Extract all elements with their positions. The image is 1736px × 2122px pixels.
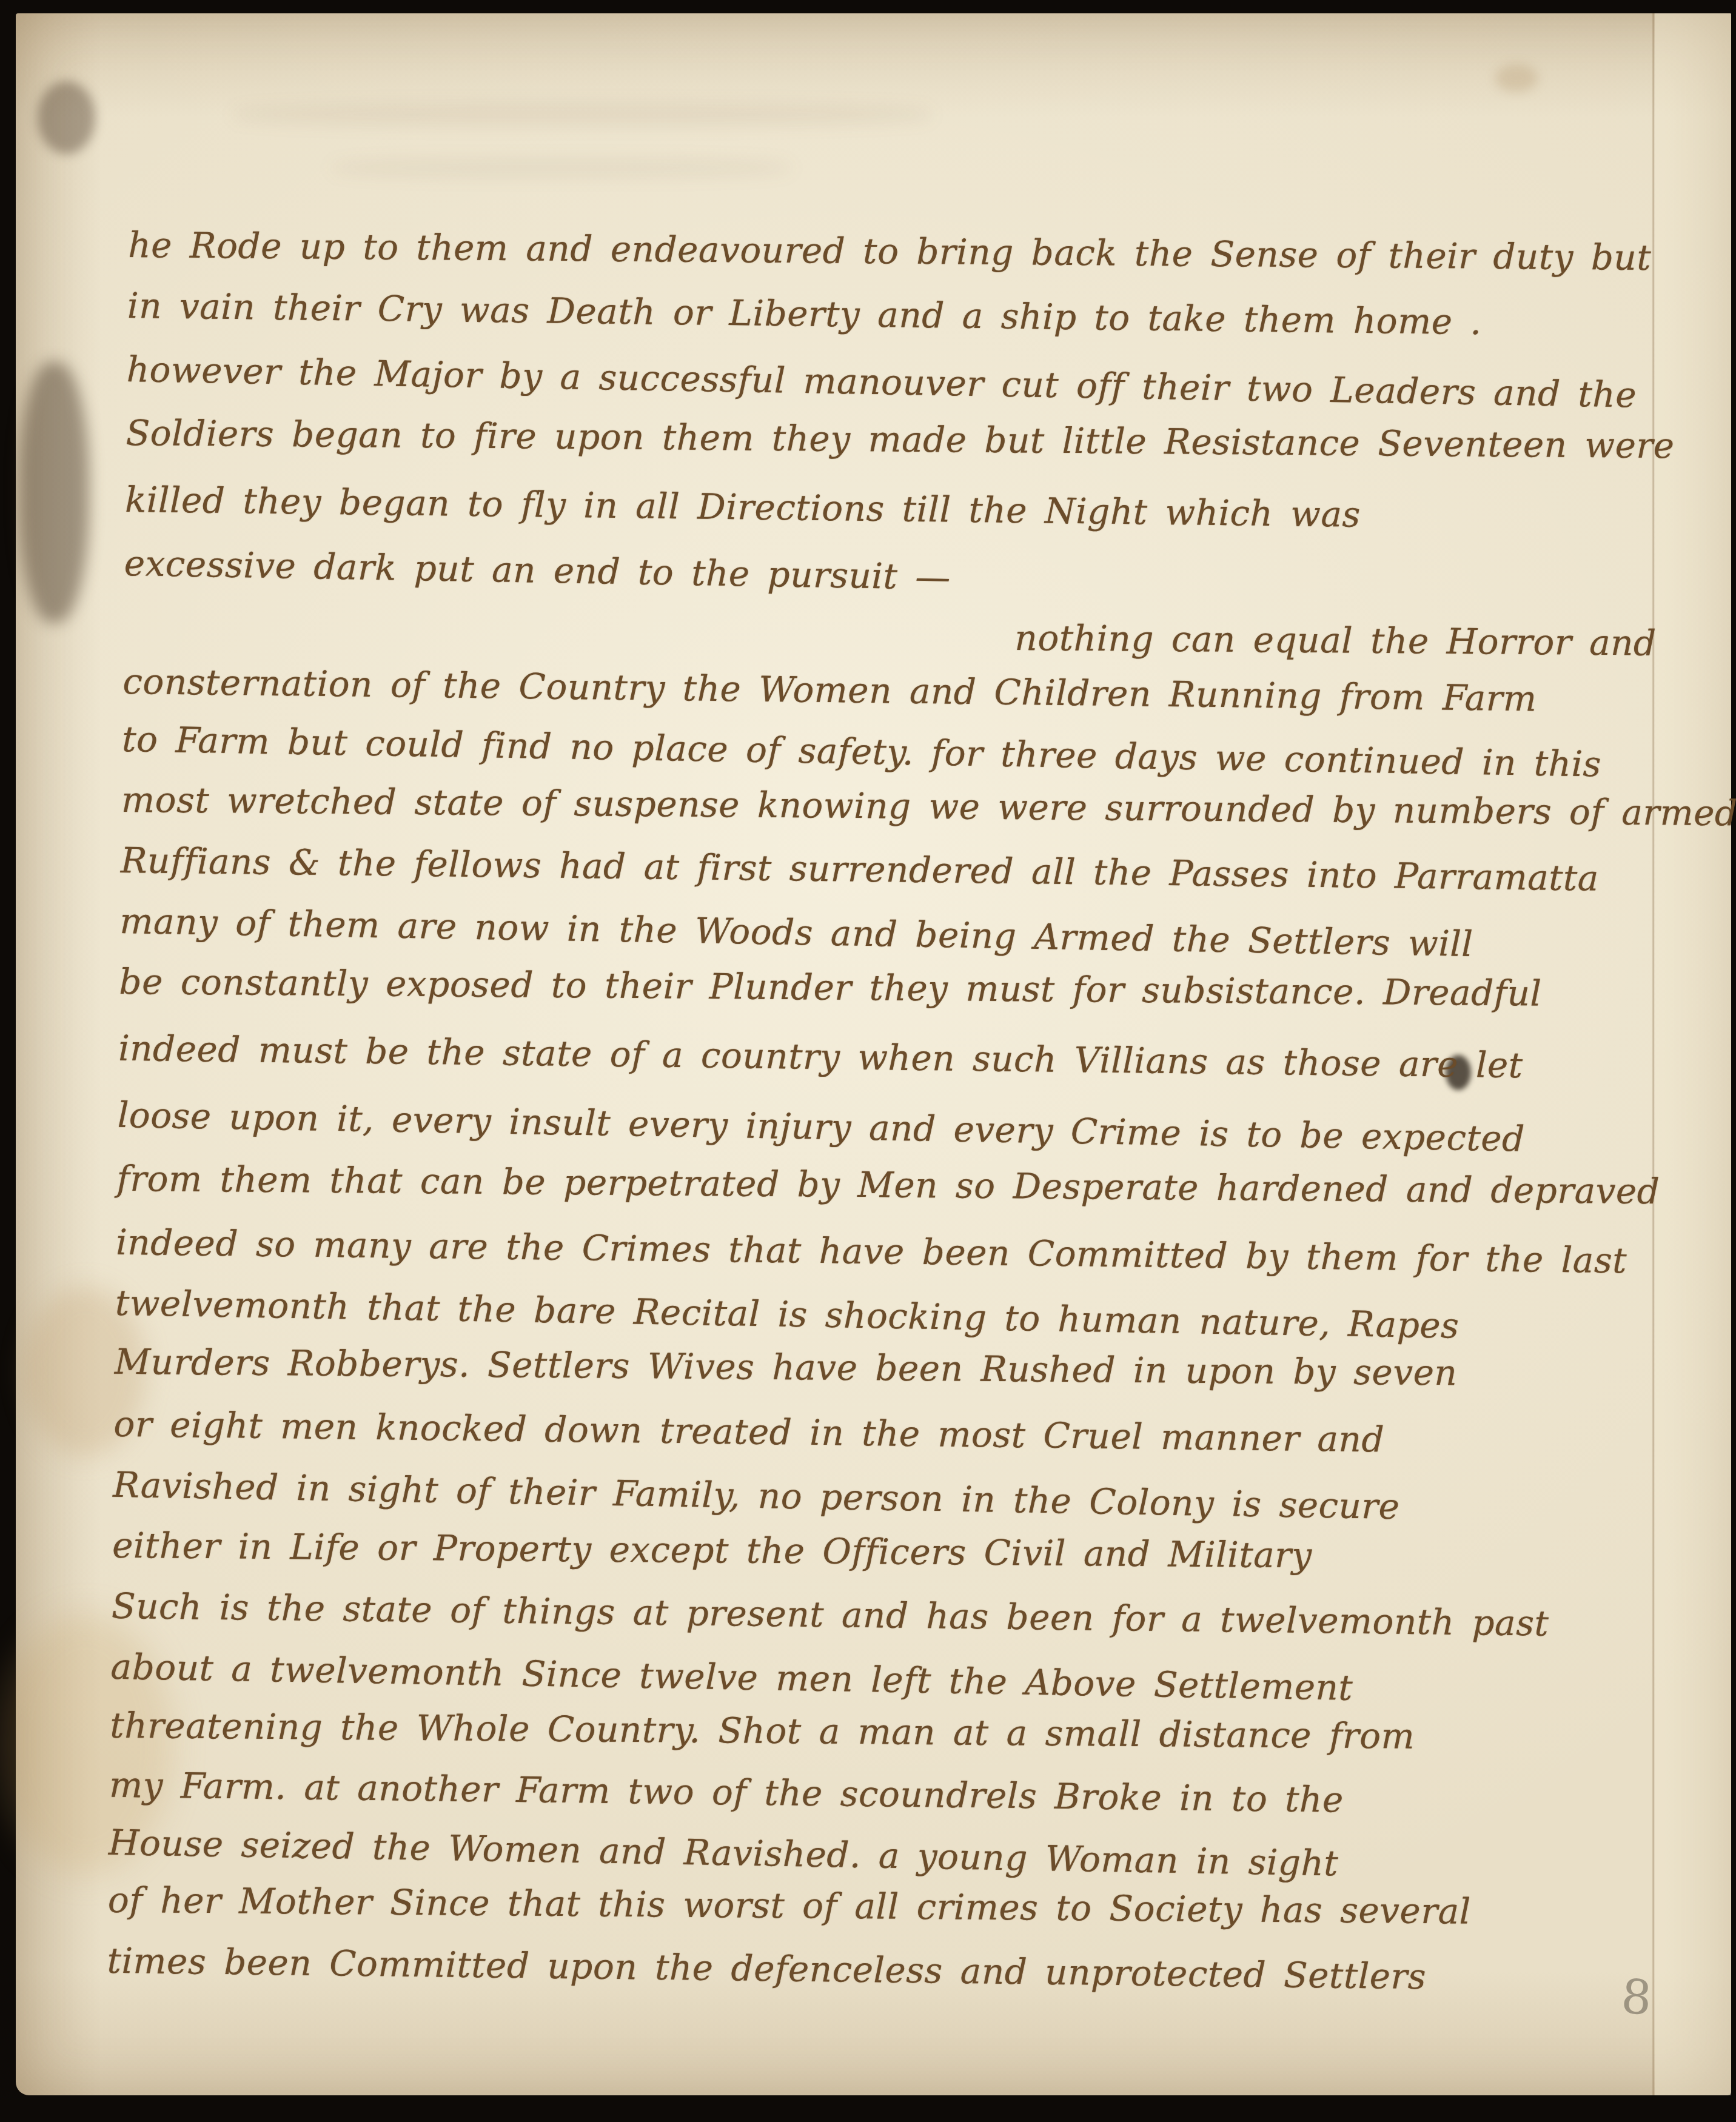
manuscript-page: he Rode up to them and endeavoured to br… (16, 13, 1731, 2095)
manuscript-line: Soldiers began to fire upon them they ma… (126, 412, 1675, 466)
manuscript-line: indeed so many are the Crimes that have … (116, 1222, 1627, 1281)
manuscript-line: my Farm. at another Farm two of the scou… (109, 1764, 1344, 1821)
manuscript-line: Ruffians & the fellows had at first surr… (121, 840, 1600, 899)
manuscript-line: threatening the Whole Country. Shot a ma… (110, 1705, 1415, 1757)
manuscript-line: most wretched state of suspense knowing … (121, 779, 1736, 834)
handwritten-text-block: he Rode up to them and endeavoured to br… (106, 13, 1708, 2115)
manuscript-line: killed they began to fly in all Directio… (125, 479, 1361, 535)
manuscript-line: Ravished in sight of their Family, no pe… (113, 1464, 1400, 1527)
page-number: 8 (1620, 1969, 1654, 2026)
manuscript-line: however the Major by a successful manouv… (126, 349, 1637, 416)
manuscript-line: about a twelvemonth Since twelve men lef… (110, 1646, 1353, 1709)
manuscript-line: Such is the state of things at present a… (111, 1585, 1549, 1644)
manuscript-line: indeed must be the state of a country wh… (118, 1028, 1523, 1086)
manuscript-line: be constantly exposed to their Plunder t… (119, 961, 1542, 1014)
manuscript-line: either in Life or Property except the Of… (112, 1525, 1312, 1576)
manuscript-line: or eight men knocked down treated in the… (113, 1404, 1384, 1461)
manuscript-line: from them that can be perpetrated by Men… (116, 1158, 1660, 1212)
ink-smudge (38, 81, 95, 154)
manuscript-line: in vain their Cry was Death or Liberty a… (127, 285, 1482, 343)
manuscript-line: twelvemonth that the bare Recital is sho… (115, 1282, 1460, 1347)
manuscript-line: consternation of the Country the Women a… (122, 661, 1537, 719)
manuscript-line: House seized the Women and Ravished. a y… (109, 1822, 1339, 1884)
manuscript-line: of her Mother Since that this worst of a… (108, 1879, 1471, 1932)
manuscript-line: loose upon it, every insult every injury… (117, 1094, 1525, 1160)
ink-smudge (19, 362, 89, 623)
manuscript-line: times been Committed upon the defenceles… (107, 1940, 1426, 1998)
manuscript-line: he Rode up to them and endeavoured to br… (128, 224, 1651, 278)
manuscript-line: many of them are now in the Woods and be… (119, 900, 1473, 965)
manuscript-line: nothing can equal the Horror and (1014, 617, 1657, 664)
manuscript-line: excessive dark put an end to the pursuit… (124, 543, 951, 598)
manuscript-line: Murders Robberys. Settlers Wives have be… (115, 1341, 1458, 1394)
manuscript-scan: he Rode up to them and endeavoured to br… (0, 0, 1736, 2122)
manuscript-line: to Farm but could find no place of safet… (122, 718, 1602, 785)
